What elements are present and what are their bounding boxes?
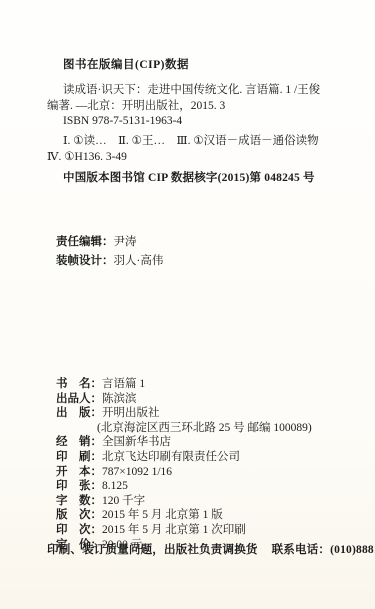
colophon-row-publisher: 出 版：开明出版社 (56, 406, 312, 421)
colophon-value: 陈滨滨 (102, 393, 137, 405)
colophon-label: 经 销： (56, 436, 102, 448)
colophon-label: 出 版： (56, 407, 102, 419)
colophon-row-edition: 版 次：2015 年 5 月 北京第 1 版 (56, 508, 312, 523)
colophon-value: 北京飞达印刷有限责任公司 (102, 451, 240, 463)
credits-block: 责任编辑：尹涛 装帧设计：羽人·高伟 (56, 233, 163, 270)
cip-record: 读成语·识天下：走进中国传统文化. 言语篇. 1 /王俊 编著. —北京：开明出… (47, 83, 362, 130)
colophon-row-printing: 印 次：2015 年 5 月 北京第 1 次印刷 (56, 523, 312, 538)
credit-value: 羽人·高伟 (114, 255, 164, 267)
colophon-value: 8.125 (102, 480, 128, 492)
colophon-value: 开明出版社 (102, 407, 160, 419)
colophon-value: 言语篇 1 (102, 378, 145, 390)
colophon-label: 版 次： (56, 509, 102, 521)
colophon-label: 印 次： (56, 524, 102, 536)
colophon-row-printer: 印 刷：北京飞达印刷有限责任公司 (56, 450, 312, 465)
cip-record-line: 读成语·识天下：走进中国传统文化. 言语篇. 1 /王俊 (47, 83, 362, 99)
colophon-row-format: 开 本：787×1092 1/16 (56, 465, 312, 480)
colophon-value: (北京海淀区西三环北路 25 号 邮编 100089) (97, 422, 312, 434)
colophon-label: 字 数： (56, 495, 102, 507)
colophon-value: 2015 年 5 月 北京第 1 次印刷 (102, 524, 246, 536)
quality-notice: 印刷、装订质量问题，出版社负责调换货联系电话：(010)88817647 (47, 541, 375, 557)
classification-line: Ⅰ. ①读… Ⅱ. ①王… Ⅲ. ①汉语－成语－通俗读物 (47, 134, 362, 150)
colophon-row-title: 书 名：言语篇 1 (56, 377, 312, 392)
colophon-block: 书 名：言语篇 1 出品人：陈滨滨 出 版：开明出版社 (北京海淀区西三环北路 … (56, 377, 312, 552)
credit-row: 责任编辑：尹涛 (56, 233, 163, 252)
colophon-value: 120 千字 (102, 495, 145, 507)
credit-label: 装帧设计： (56, 255, 114, 267)
colophon-label: 印 刷： (56, 451, 102, 463)
colophon-label: 印 张： (56, 480, 102, 492)
colophon-label: 开 本： (56, 466, 102, 478)
contact-phone: 联系电话：(010)88817647 (272, 544, 375, 556)
quality-notice-text: 印刷、装订质量问题，出版社负责调换货 (47, 544, 258, 556)
isbn-line: ISBN 978-7-5131-1963-4 (47, 114, 362, 130)
colophon-value: 787×1092 1/16 (102, 466, 172, 478)
colophon-row-publisher-address: (北京海淀区西三环北路 25 号 邮编 100089) (56, 421, 312, 436)
colophon-value: 2015 年 5 月 北京第 1 版 (102, 509, 223, 521)
credit-value: 尹涛 (114, 236, 137, 248)
cip-registry-number: 中国版本图书馆 CIP 数据核字(2015)第 048245 号 (63, 169, 315, 185)
colophon-label: 书 名： (56, 378, 102, 390)
colophon-row-wordcount: 字 数：120 千字 (56, 494, 312, 509)
credit-label: 责任编辑： (56, 236, 114, 248)
colophon-value: 全国新华书店 (102, 436, 171, 448)
cip-header: 图书在版编目(CIP)数据 (63, 56, 189, 72)
cip-classification: Ⅰ. ①读… Ⅱ. ①王… Ⅲ. ①汉语－成语－通俗读物 Ⅳ. ①H136. 3… (47, 134, 362, 165)
colophon-row-sheets: 印 张：8.125 (56, 479, 312, 494)
credit-row: 装帧设计：羽人·高伟 (56, 252, 163, 271)
cip-record-line: 编著. —北京：开明出版社，2015. 3 (47, 99, 362, 115)
colophon-row-producer: 出品人：陈滨滨 (56, 392, 312, 407)
colophon-label: 出品人： (56, 393, 102, 405)
cip-copyright-page: 图书在版编目(CIP)数据 读成语·识天下：走进中国传统文化. 言语篇. 1 /… (0, 0, 375, 609)
classification-line: Ⅳ. ①H136. 3-49 (47, 150, 362, 166)
colophon-row-distributor: 经 销：全国新华书店 (56, 435, 312, 450)
